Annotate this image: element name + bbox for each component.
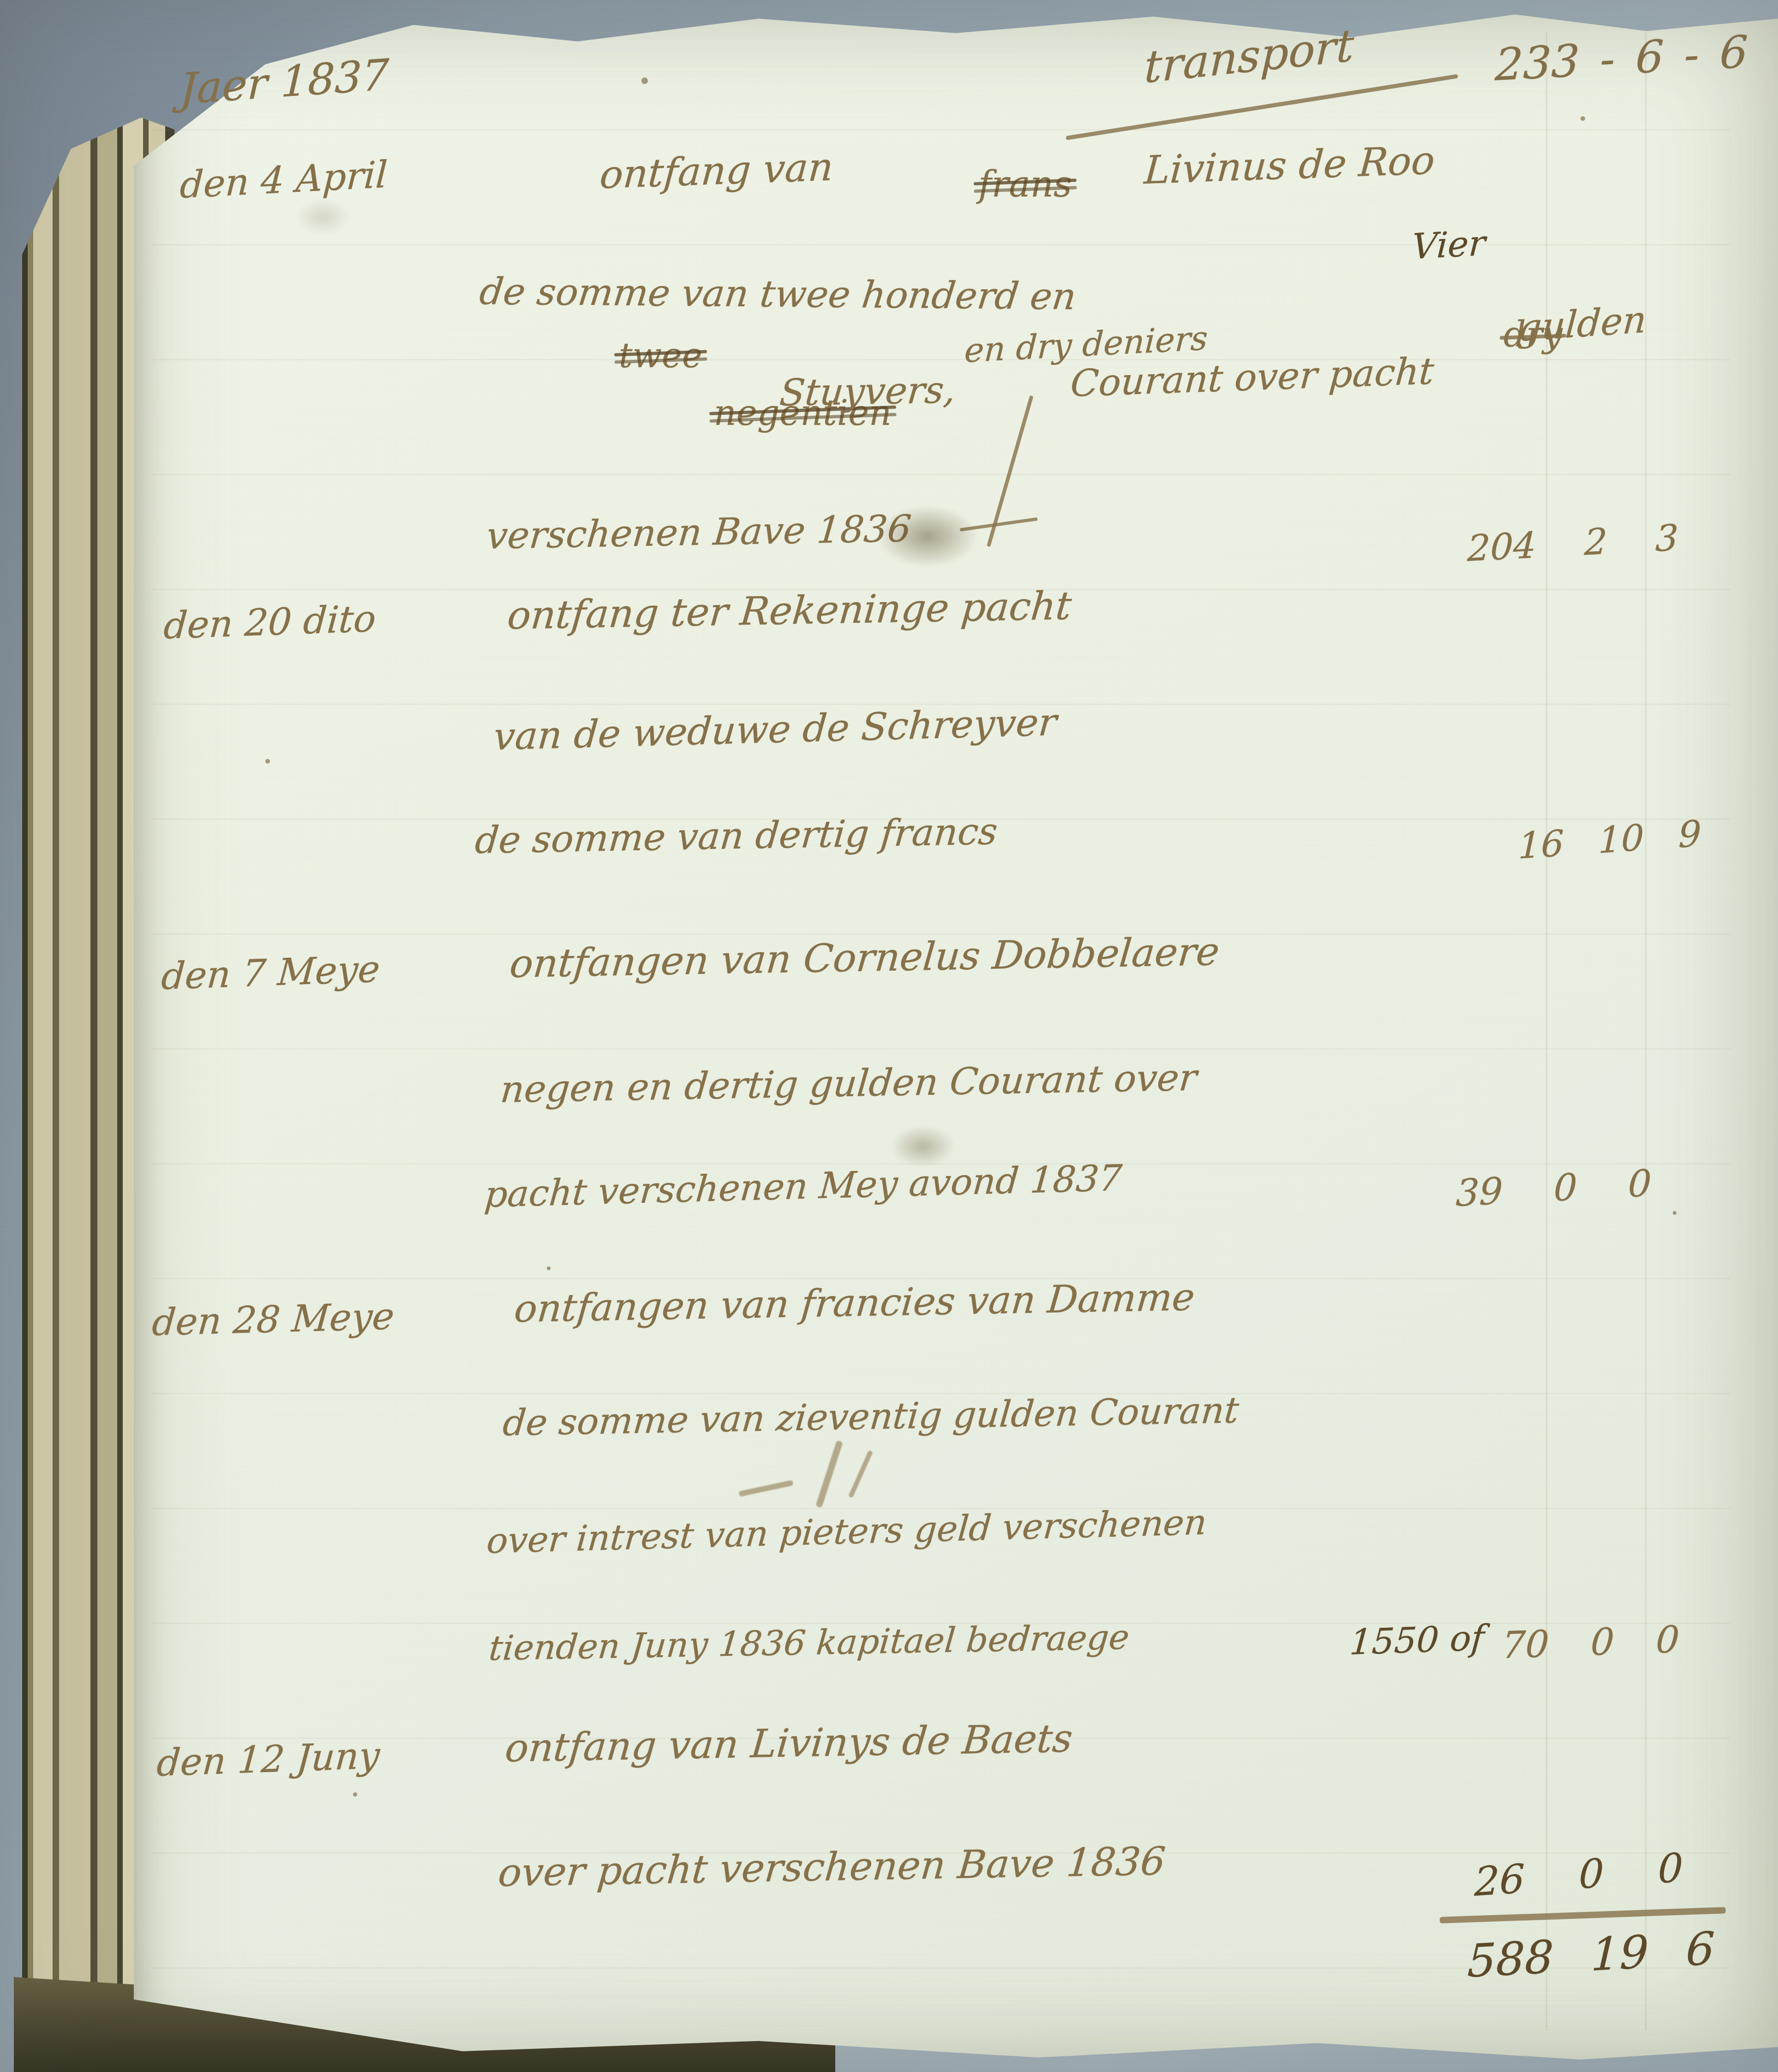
paper-speck [641,78,648,84]
entry1-line2-currency-word: gulden [1517,298,1648,350]
entry1-line3-text-a: Stuyvers, [778,368,958,414]
entry1-line1-struck-word: frans [978,164,1072,205]
paper-speck [1580,116,1585,121]
entry5-date: den 12 Juny [156,1734,381,1785]
entry2-line3-text: de somme van dertig francs [473,810,1000,862]
entry4-date: den 28 Meye [150,1295,396,1344]
entry1-line2-inserted-word: Vier [1411,222,1487,267]
paper-speck [353,1792,357,1797]
entry1-line2-text: de somme van twee honderd en [478,270,1078,318]
entry1-line3-struck-above: twee [619,336,702,376]
fox-stain-top [295,198,351,235]
entry1-line1-text: ontfang van [599,144,835,197]
manuscript-ledger-photo: Jaer 1837 transport 233 - 6 - 6 den 4 Ap… [0,0,1778,2072]
entry2-date: den 20 dito [162,597,377,647]
entry1-line4-text: verschenen Bave 1836 [485,507,913,557]
paper-speck [265,759,270,764]
paper-speck [547,1266,551,1270]
entry4-amount: 70 0 0 [1501,1618,1681,1667]
entry4-line4-capital-figure: 1550 of [1348,1617,1486,1663]
entry3-date: den 7 Meye [160,947,382,998]
ink-blot-bave [877,505,978,567]
paper-speck [1673,1211,1676,1215]
ink-dots-mey-avond [891,1126,955,1167]
